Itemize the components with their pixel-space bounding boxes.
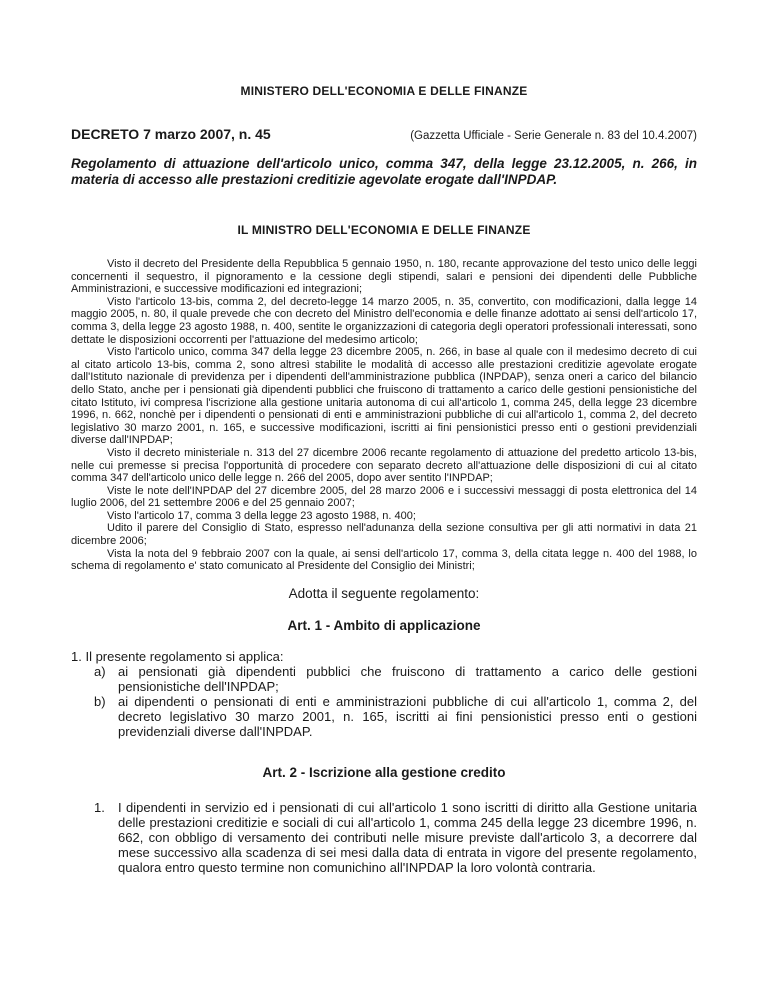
article-1-items: a) ai pensionati già dipendenti pubblici… xyxy=(71,664,697,739)
article-2-items: 1. I dipendenti in servizio ed i pension… xyxy=(71,800,697,875)
preamble-paragraph: Visto il decreto ministeriale n. 313 del… xyxy=(71,447,697,485)
article-2-heading: Art. 2 - Iscrizione alla gestione credit… xyxy=(71,765,697,780)
preamble-paragraph: Viste le note dell'INPDAP del 27 dicembr… xyxy=(71,485,697,510)
list-item-marker: 1. xyxy=(94,800,118,875)
document-content: MINISTERO DELL'ECONOMIA E DELLE FINANZE … xyxy=(0,84,768,875)
list-item-text: ai pensionati già dipendenti pubblici ch… xyxy=(118,664,697,694)
list-item-marker: b) xyxy=(94,694,118,739)
article-2-body: 1. I dipendenti in servizio ed i pension… xyxy=(71,800,697,875)
article-1-intro: 1. Il presente regolamento si applica: xyxy=(71,649,697,664)
minister-heading: IL MINISTRO DELL'ECONOMIA E DELLE FINANZ… xyxy=(71,223,697,237)
list-item-text: I dipendenti in servizio ed i pensionati… xyxy=(118,800,697,875)
preamble-paragraph: Visto il decreto del Presidente della Re… xyxy=(71,258,697,296)
decree-subject: Regolamento di attuazione dell'articolo … xyxy=(71,156,697,187)
preamble-paragraph: Visto l'articolo unico, comma 347 della … xyxy=(71,346,697,447)
list-item: a) ai pensionati già dipendenti pubblici… xyxy=(94,664,697,694)
preamble-paragraph: Visto l'articolo 13-bis, comma 2, del de… xyxy=(71,296,697,346)
preamble-paragraph: Udito il parere del Consiglio di Stato, … xyxy=(71,522,697,547)
document-page: MINISTERO DELL'ECONOMIA E DELLE FINANZE … xyxy=(0,0,768,994)
list-item: 1. I dipendenti in servizio ed i pension… xyxy=(94,800,697,875)
list-item: b) ai dipendenti o pensionati di enti e … xyxy=(94,694,697,739)
adoption-line: Adotta il seguente regolamento: xyxy=(71,586,697,601)
ministry-header: MINISTERO DELL'ECONOMIA E DELLE FINANZE xyxy=(71,84,697,98)
preamble: Visto il decreto del Presidente della Re… xyxy=(71,258,697,573)
list-item-marker: a) xyxy=(94,664,118,694)
gazzetta-reference: (Gazzetta Ufficiale - Serie Generale n. … xyxy=(410,130,697,142)
preamble-paragraph: Visto l'articolo 17, comma 3 della legge… xyxy=(71,510,697,523)
decree-header-row: DECRETO 7 marzo 2007, n. 45 (Gazzetta Uf… xyxy=(71,126,697,142)
preamble-paragraph: Vista la nota del 9 febbraio 2007 con la… xyxy=(71,548,697,573)
decree-title: DECRETO 7 marzo 2007, n. 45 xyxy=(71,126,271,142)
article-1-body: 1. Il presente regolamento si applica: a… xyxy=(71,649,697,739)
list-item-text: ai dipendenti o pensionati di enti e amm… xyxy=(118,694,697,739)
article-1-heading: Art. 1 - Ambito di applicazione xyxy=(71,618,697,633)
